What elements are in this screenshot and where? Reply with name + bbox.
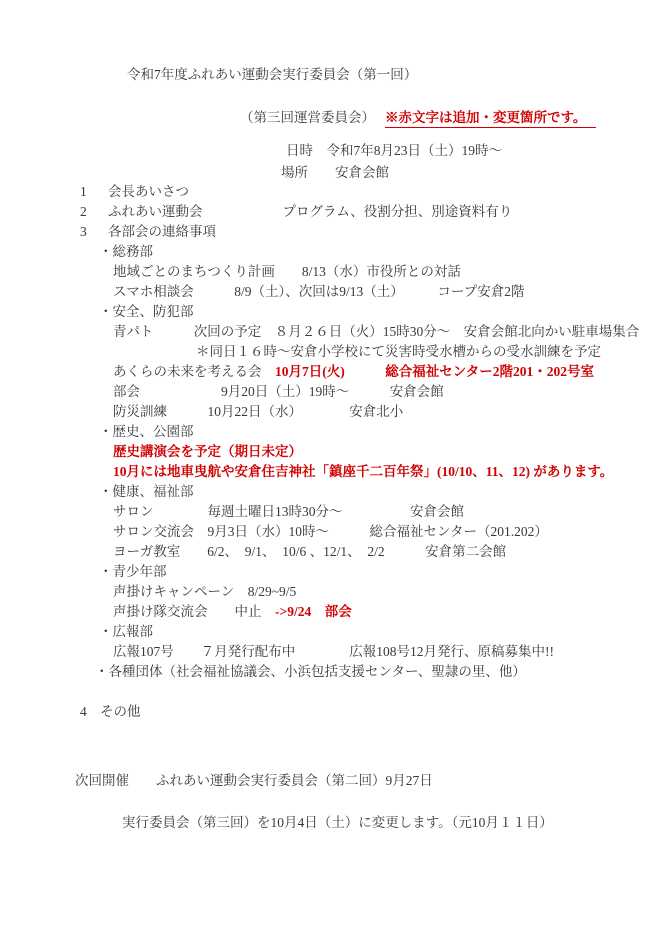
line-text: 実行委員会（第三回）を10月4日（土）に変更します。（元10月１１日） (122, 815, 553, 830)
line-text: 防災訓練 10月22日（水） 安倉北小 (113, 404, 403, 419)
item-number: 2 (80, 202, 108, 222)
section-rekishi-kouen: ・歴史、公園部 (0, 422, 663, 442)
meeting-place: 場所 安倉会館 (281, 164, 389, 182)
line-text: ・各種団体（社会福祉協議会、小浜包括支援センター、聖隷の里、他） (95, 664, 526, 679)
red-addition: ->9/24 部会 (275, 604, 352, 619)
agenda-item-2: 2ふれあい運動会プログラム、役割分担、別途資料有り (0, 202, 663, 222)
agenda-line: ＊同日１６時～安倉小学校にて災害時受水槽からの受水訓練を予定 (0, 342, 663, 362)
footer-next-meeting: 次回開催 ふれあい運動会実行委員会（第二回）9月27日 (0, 771, 663, 791)
agenda-line: サロン 毎週土曜日13時30分～ 安倉会館 (0, 502, 663, 522)
item-note: プログラム、役割分担、別途資料有り (283, 204, 513, 219)
line-text: ＊同日１６時～安倉小学校にて災害時受水槽からの受水訓練を予定 (196, 344, 601, 359)
section-seishounen: ・青少年部 (0, 562, 663, 582)
section-kenkou-fukushi: ・健康、福祉部 (0, 482, 663, 502)
line-text: 声掛け隊交流会 中止 (113, 604, 275, 619)
blank-line (0, 682, 663, 702)
meeting-datetime: 日時 令和7年8月23日（土）19時～ (286, 142, 502, 160)
section-label: ・広報部 (99, 624, 153, 639)
line-text: 次回開催 ふれあい運動会実行委員会（第二回）9月27日 (75, 773, 433, 788)
section-kouhou: ・広報部 (0, 622, 663, 642)
line-text: 青パト 次回の予定 ８月２６日（火）15時30分～ 安倉会館北向かい駐車場集合 (113, 324, 639, 339)
agenda-line: 声掛けキャンペーン 8/29~9/5 (0, 582, 663, 602)
agenda-line-groups: ・各種団体（社会福祉協議会、小浜包括支援センター、聖隷の里、他） (0, 662, 663, 682)
red-addition: 10月7日(火) 総合福祉センター2階201・202号室 (275, 364, 594, 379)
item-number: 3 (80, 222, 108, 242)
item-text: 会長あいさつ (108, 184, 189, 199)
item-text: 各部会の連絡事項 (108, 224, 216, 239)
document-page: 令和7年度ふれあい運動会実行委員会（第一回） （第三回運営委員会）※赤文字は追加… (0, 0, 663, 938)
agenda-item-4: 4その他 (0, 702, 663, 722)
agenda-line: スマホ相談会 8/9（土）、次回は9/13（土） コープ安倉2階 (0, 282, 663, 302)
red-addition: 歴史講演会を予定（期日未定） (113, 444, 302, 459)
item-text: ふれあい運動会 (108, 204, 203, 219)
item-number: 4 (80, 702, 100, 722)
footer-date-change: 実行委員会（第三回）を10月4日（土）に変更します。（元10月１１日） (0, 813, 663, 833)
line-text: ヨーガ教室 6/2、 9/1、 10/6 、12/1、 2/2 安倉第二会館 (113, 544, 506, 559)
line-text: あくらの未来を考える会 (113, 364, 275, 379)
line-text: サロン 毎週土曜日13時30分～ 安倉会館 (113, 504, 464, 519)
red-addition: 10月には地車曳航や安倉住吉神社「鎮座千二百年祭」(10/10、11、12) が… (113, 464, 613, 479)
item-text: その他 (100, 704, 141, 719)
line-text: 広報107号 ７月発行配布中 広報108号12月発行、原稿募集中!! (113, 644, 554, 659)
agenda-line: 青パト 次回の予定 ８月２６日（火）15時30分～ 安倉会館北向かい駐車場集合 (0, 322, 663, 342)
item-number: 1 (80, 182, 108, 202)
agenda-line: ヨーガ教室 6/2、 9/1、 10/6 、12/1、 2/2 安倉第二会館 (0, 542, 663, 562)
line-text: 地域ごとのまちつくり計画 8/13（水）市役所との対話 (113, 264, 461, 279)
subtitle-line: （第三回運営委員会）※赤文字は追加・変更箇所です。 (240, 109, 596, 127)
section-label: ・安全、防犯部 (99, 304, 194, 319)
section-label: ・健康、福祉部 (99, 484, 194, 499)
line-text: 部会 9月20日（土）19時～ 安倉会館 (113, 384, 444, 399)
document-title: 令和7年度ふれあい運動会実行委員会（第一回） (127, 66, 417, 84)
agenda-item-1: 1会長あいさつ (0, 182, 663, 202)
agenda-line: 歴史講演会を予定（期日未定） (0, 442, 663, 462)
agenda-line: 広報107号 ７月発行配布中 広報108号12月発行、原稿募集中!! (0, 642, 663, 662)
section-soumu: ・総務部 (0, 242, 663, 262)
agenda-line: 防災訓練 10月22日（水） 安倉北小 (0, 402, 663, 422)
section-label: ・歴史、公園部 (99, 424, 194, 439)
subtitle: （第三回運営委員会） (240, 110, 375, 125)
section-label: ・総務部 (99, 244, 153, 259)
agenda-item-3: 3各部会の連絡事項 (0, 222, 663, 242)
agenda-line: 部会 9月20日（土）19時～ 安倉会館 (0, 382, 663, 402)
line-text: スマホ相談会 8/9（土）、次回は9/13（土） コープ安倉2階 (113, 284, 525, 299)
spacer (0, 722, 663, 771)
section-anzen-bouhan: ・安全、防犯部 (0, 302, 663, 322)
spacer (0, 791, 663, 813)
agenda-line: 10月には地車曳航や安倉住吉神社「鎮座千二百年祭」(10/10、11、12) が… (0, 462, 663, 482)
red-note: ※赤文字は追加・変更箇所です。 (385, 110, 596, 128)
agenda-line: 地域ごとのまちつくり計画 8/13（水）市役所との対話 (0, 262, 663, 282)
line-text: 声掛けキャンペーン 8/29~9/5 (113, 584, 296, 599)
agenda-line: あくらの未来を考える会 10月7日(火) 総合福祉センター2階201・202号室 (0, 362, 663, 382)
agenda-line: サロン交流会 9月3日（水）10時～ 総合福祉センター（201.202） (0, 522, 663, 542)
section-label: ・青少年部 (99, 564, 167, 579)
agenda-body: 1会長あいさつ 2ふれあい運動会プログラム、役割分担、別途資料有り 3各部会の連… (0, 182, 663, 833)
line-text: サロン交流会 9月3日（水）10時～ 総合福祉センター（201.202） (113, 524, 548, 539)
agenda-line: 声掛け隊交流会 中止 ->9/24 部会 (0, 602, 663, 622)
